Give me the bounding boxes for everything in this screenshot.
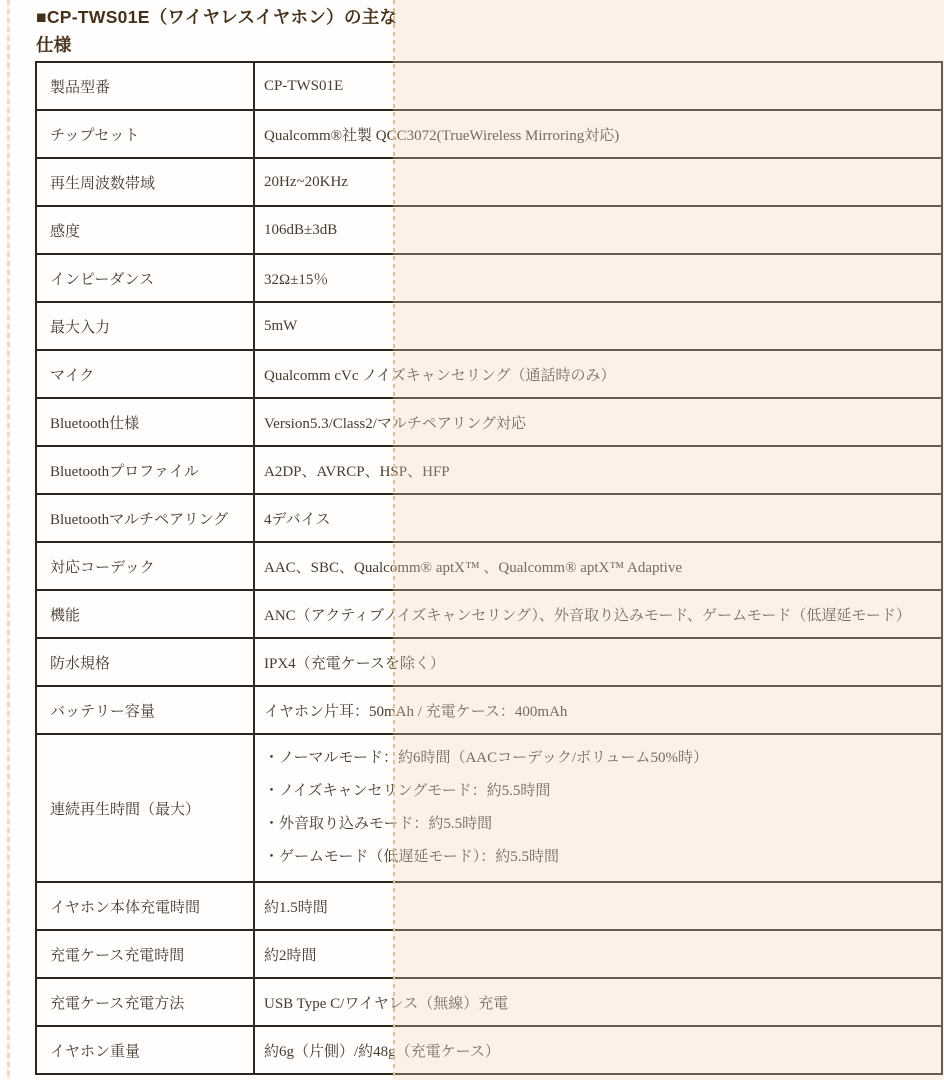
spec-value-text: IPX4（充電ケースを除く）	[264, 652, 931, 673]
table-row: 製品型番CP-TWS01E	[36, 62, 942, 110]
spec-label: 連続再生時間（最大）	[36, 734, 254, 882]
table-row: BluetoothプロファイルA2DP、AVRCP、HSP、HFP	[36, 446, 942, 494]
spec-value: A2DP、AVRCP、HSP、HFP	[254, 446, 942, 494]
spec-value: 約6g（片側）/約48g（充電ケース）	[254, 1026, 942, 1074]
spec-value: Qualcomm cVc ノイズキャンセリング（通話時のみ）	[254, 350, 942, 398]
table-row: 感度106dB±3dB	[36, 206, 942, 254]
spec-value-text: 約1.5時間	[264, 896, 931, 917]
spec-label: 対応コーデック	[36, 542, 254, 590]
spec-value: Version5.3/Class2/マルチペアリング対応	[254, 398, 942, 446]
spec-value: 20Hz~20KHz	[254, 158, 942, 206]
spec-label: イヤホン本体充電時間	[36, 882, 254, 930]
table-row: 充電ケース充電方法USB Type C/ワイヤレス（無線）充電	[36, 978, 942, 1026]
spec-value: ・ノーマルモード：約6時間（AACコーデック/ボリューム50%時）・ノイズキャン…	[254, 734, 942, 882]
spec-value: Qualcomm®社製 QCC3072(TrueWireless Mirrori…	[254, 110, 942, 158]
spec-value-text: 約2時間	[264, 944, 931, 965]
table-row: 充電ケース充電時間約2時間	[36, 930, 942, 978]
spec-label: 機能	[36, 590, 254, 638]
spec-value: 約1.5時間	[254, 882, 942, 930]
spec-value-text: A2DP、AVRCP、HSP、HFP	[264, 460, 931, 481]
spec-label: 製品型番	[36, 62, 254, 110]
spec-value: CP-TWS01E	[254, 62, 942, 110]
spec-label: Bluetooth仕様	[36, 398, 254, 446]
table-row: チップセットQualcomm®社製 QCC3072(TrueWireless M…	[36, 110, 942, 158]
spec-value: 106dB±3dB	[254, 206, 942, 254]
spec-label: チップセット	[36, 110, 254, 158]
spec-value-text: CP-TWS01E	[264, 78, 931, 95]
spec-value: ANC（アクティブノイズキャンセリング）、外音取り込みモード、ゲームモード（低遅…	[254, 590, 942, 638]
spec-label: 感度	[36, 206, 254, 254]
spec-value-line: ・ゲームモード（低遅延モード）：約5.5時間	[264, 848, 931, 867]
table-row: 対応コーデックAAC、SBC、Qualcomm® aptX™ 、Qualcomm…	[36, 542, 942, 590]
spec-value-text: 5mW	[264, 318, 931, 335]
product-spec-image: { "title": { "line1": "■CP-TWS01E（ワイヤレスイ…	[0, 0, 944, 1080]
spec-table-body: 製品型番CP-TWS01EチップセットQualcomm®社製 QCC3072(T…	[36, 62, 942, 1074]
spec-label: 防水規格	[36, 638, 254, 686]
table-row: 再生周波数帯域20Hz~20KHz	[36, 158, 942, 206]
table-row: Bluetooth仕様Version5.3/Class2/マルチペアリング対応	[36, 398, 942, 446]
spec-value: IPX4（充電ケースを除く）	[254, 638, 942, 686]
table-row: イヤホン重量約6g（片側）/約48g（充電ケース）	[36, 1026, 942, 1074]
spec-value-line: ・ノイズキャンセリングモード：約5.5時間	[264, 782, 931, 801]
spec-label: 充電ケース充電方法	[36, 978, 254, 1026]
spec-value-text: Version5.3/Class2/マルチペアリング対応	[264, 412, 931, 433]
spec-value-line: ・ノーマルモード：約6時間（AACコーデック/ボリューム50%時）	[264, 749, 931, 768]
spec-label: イヤホン重量	[36, 1026, 254, 1074]
spec-value-text: ANC（アクティブノイズキャンセリング）、外音取り込みモード、ゲームモード（低遅…	[264, 604, 931, 625]
spec-value-text: イヤホン片耳：50mAh / 充電ケース：400mAh	[264, 700, 931, 721]
spec-table: 製品型番CP-TWS01EチップセットQualcomm®社製 QCC3072(T…	[35, 61, 943, 1075]
spec-label: Bluetoothマルチペアリング	[36, 494, 254, 542]
spec-value: AAC、SBC、Qualcomm® aptX™ 、Qualcomm® aptX™…	[254, 542, 942, 590]
spec-value-line: ・外音取り込みモード：約5.5時間	[264, 815, 931, 834]
table-row: Bluetoothマルチペアリング4デバイス	[36, 494, 942, 542]
spec-label: 再生周波数帯域	[36, 158, 254, 206]
spec-label: 充電ケース充電時間	[36, 930, 254, 978]
spec-value-text: Qualcomm®社製 QCC3072(TrueWireless Mirrori…	[264, 124, 931, 145]
table-row: 防水規格IPX4（充電ケースを除く）	[36, 638, 942, 686]
spec-value: 32Ω±15％	[254, 254, 942, 302]
spec-value: 4デバイス	[254, 494, 942, 542]
spec-label: インピーダンス	[36, 254, 254, 302]
table-row: インピーダンス32Ω±15％	[36, 254, 942, 302]
spec-value: 約2時間	[254, 930, 942, 978]
table-row: バッテリー容量イヤホン片耳：50mAh / 充電ケース：400mAh	[36, 686, 942, 734]
spec-value-text: 106dB±3dB	[264, 222, 931, 239]
spec-value-text: USB Type C/ワイヤレス（無線）充電	[264, 992, 931, 1013]
table-row: イヤホン本体充電時間約1.5時間	[36, 882, 942, 930]
spec-value-text: 32Ω±15％	[264, 268, 931, 289]
spec-value: イヤホン片耳：50mAh / 充電ケース：400mAh	[254, 686, 942, 734]
table-row: 機能ANC（アクティブノイズキャンセリング）、外音取り込みモード、ゲームモード（…	[36, 590, 942, 638]
spec-label: Bluetoothプロファイル	[36, 446, 254, 494]
spec-value: 5mW	[254, 302, 942, 350]
table-row: マイクQualcomm cVc ノイズキャンセリング（通話時のみ）	[36, 350, 942, 398]
left-margin-dashed-line	[7, 0, 10, 1080]
spec-value-text: 4デバイス	[264, 508, 931, 529]
table-row: 最大入力5mW	[36, 302, 942, 350]
spec-value: USB Type C/ワイヤレス（無線）充電	[254, 978, 942, 1026]
table-row: 連続再生時間（最大）・ノーマルモード：約6時間（AACコーデック/ボリューム50…	[36, 734, 942, 882]
spec-value-text: Qualcomm cVc ノイズキャンセリング（通話時のみ）	[264, 364, 931, 385]
spec-value-text: 約6g（片側）/約48g（充電ケース）	[264, 1040, 931, 1061]
spec-label: マイク	[36, 350, 254, 398]
spec-value-text: 20Hz~20KHz	[264, 174, 931, 191]
page-title-line1: ■CP-TWS01E（ワイヤレスイヤホン）の主な	[36, 3, 416, 31]
page-title: ■CP-TWS01E（ワイヤレスイヤホン）の主な 仕様	[36, 3, 416, 59]
spec-label: 最大入力	[36, 302, 254, 350]
page-title-line2: 仕様	[36, 31, 416, 59]
spec-value-text: AAC、SBC、Qualcomm® aptX™ 、Qualcomm® aptX™…	[264, 556, 931, 577]
spec-label: バッテリー容量	[36, 686, 254, 734]
